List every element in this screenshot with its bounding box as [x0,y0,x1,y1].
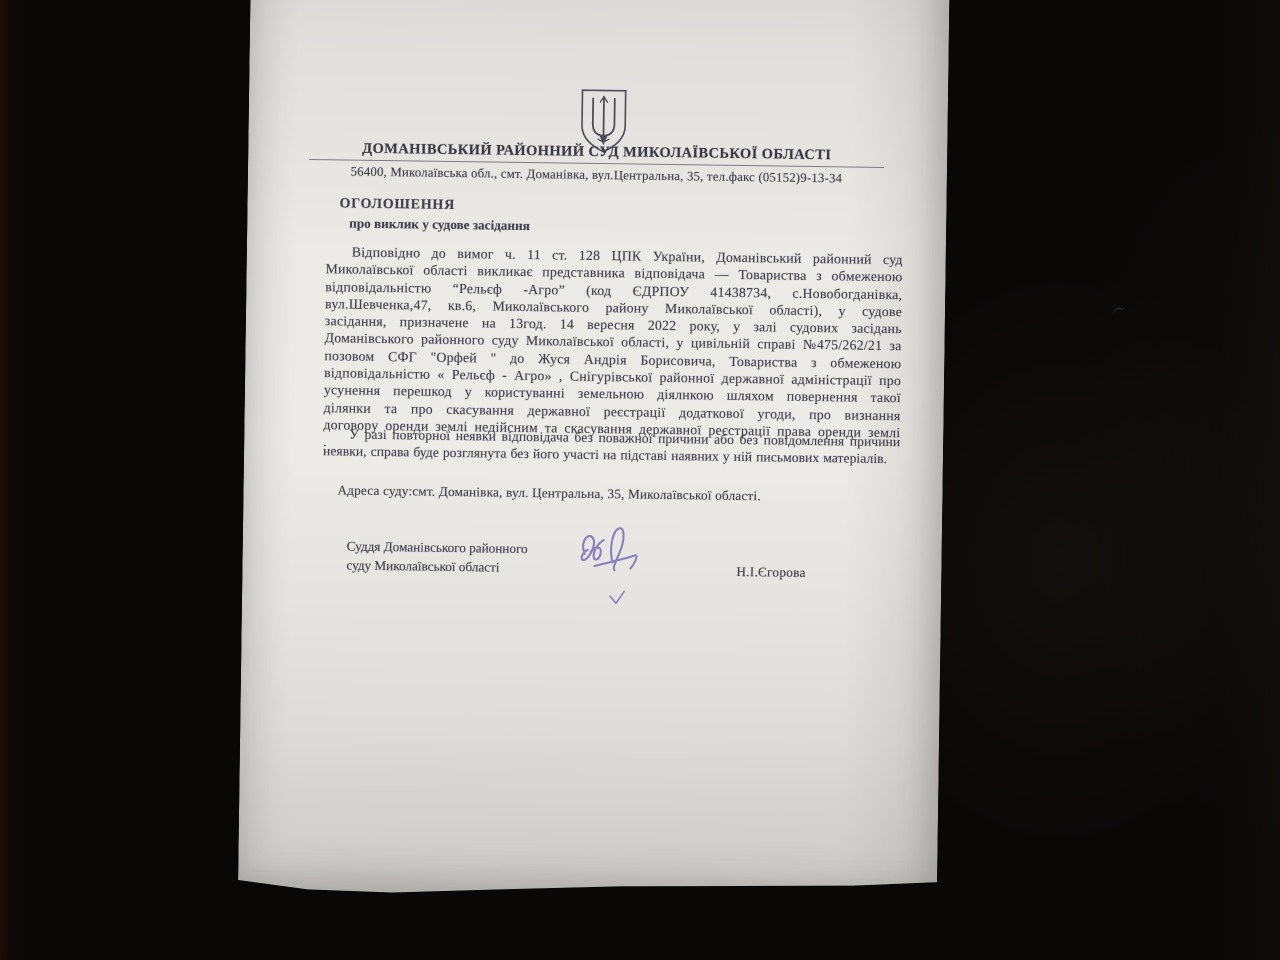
court-address-line: Адреса суду:смт. Доманівка, вул. Централ… [337,482,761,504]
document-title: ОГОЛОШЕННЯ [339,196,455,214]
signature-role-line1: Суддя Доманівського районного [347,537,528,559]
body-paragraph-warning: У разі повторної неявки відповідача без … [323,425,900,468]
court-contact-line: 56400, Миколаївська обл., смт. Доманівка… [309,164,884,187]
court-announcement-document: ДОМАНІВСЬКИЙ РАЙОННИЙ СУД МИКОЛАЇВСЬКОЇ … [238,0,950,905]
judge-name: Н.І.Єгорова [736,564,806,581]
signature-role-line2: суду Миколаївської області [346,556,527,578]
signature-role-label: Суддя Доманівського районного суду Микол… [346,537,527,578]
document-subtitle: про виклик у судове засідання [349,216,530,235]
judge-signature-icon [568,520,647,621]
court-name-header: ДОМАНІВСЬКИЙ РАЙОННИЙ СУД МИКОЛАЇВСЬКОЇ … [309,140,884,165]
